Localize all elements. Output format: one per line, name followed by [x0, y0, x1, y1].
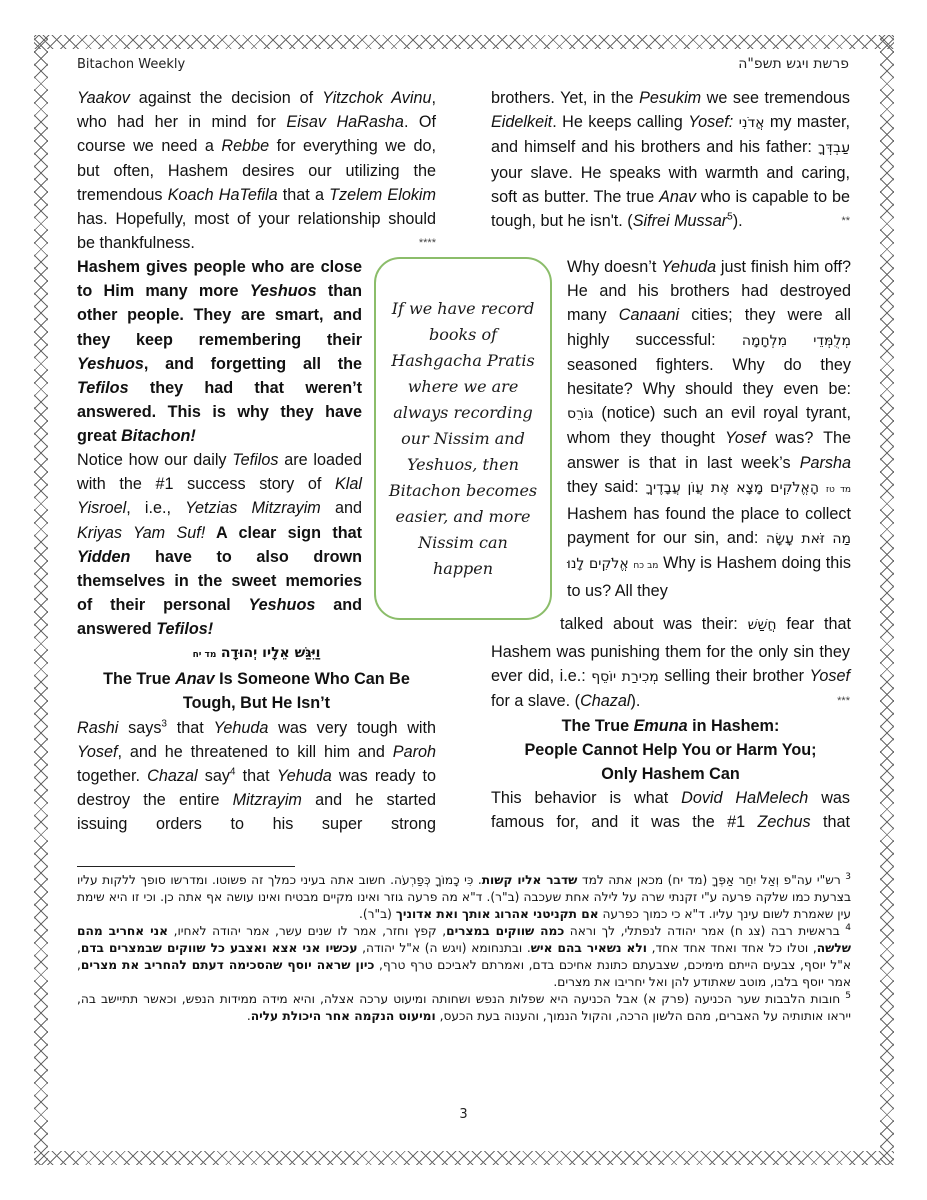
footnote-5: 5 חובות הלבבות שער הכניעה (פרק א) אבל הכ… — [77, 991, 851, 1025]
border-top — [34, 35, 894, 49]
right-column-fear-line: talked about was their: חֲשַׁשׁ fear tha… — [560, 612, 851, 637]
right-column-emuna-section: Hashem was punishing them for the only s… — [491, 640, 850, 835]
section-subheading-only-hashem: Only Hashem Can — [491, 762, 850, 786]
border-right — [880, 35, 894, 1165]
page-number: 3 — [0, 1107, 927, 1122]
header-publication-title: Bitachon Weekly — [77, 57, 185, 72]
section-end-stars: *** — [837, 689, 850, 713]
left-column-notice-paragraph: Notice how our daily Tefilos are loaded … — [77, 448, 362, 642]
border-bottom — [34, 1151, 894, 1165]
section-end-stars: **** — [419, 231, 436, 255]
pullquote-text: If we have record books of Hashgacha Pra… — [376, 288, 550, 590]
footnote-4: 4 בראשית רבה (צג ח) אמר יהודה לנפתלי, לך… — [77, 923, 851, 991]
left-column-bold-paragraph: Hashem gives people who are close to Him… — [77, 255, 362, 449]
pullquote-box: If we have record books of Hashgacha Pra… — [374, 257, 552, 620]
section-end-stars: ** — [841, 209, 850, 233]
section-heading-hebrew-pasuk: וַיִּגַּשׁ אֵלָיו יְהוּדָה מד יח — [77, 640, 436, 667]
footnotes: 3 רש"י עה"פ וְאַל יִחַר אַפְּךָ (מד יח) … — [77, 872, 851, 1025]
section-heading-true-emuna: The True Emuna in Hashem: — [491, 714, 850, 738]
left-column-intro-paragraph: Yaakov against the decision of Yitzchok … — [77, 86, 436, 255]
section-subheading-people-cannot-help: People Cannot Help You or Harm You; — [491, 738, 850, 762]
footnote-3: 3 רש"י עה"פ וְאַל יִחַר אַפְּךָ (מד יח) … — [77, 872, 851, 923]
emuna-body-paragraph: This behavior is what Dovid HaMelech was… — [491, 786, 850, 834]
footnote-separator — [77, 866, 295, 867]
anav-body-paragraph: Rashi says3 that Yehuda was very tough w… — [77, 716, 436, 837]
right-column-intro-paragraph: brothers. Yet, in the Pesukim we see tre… — [491, 86, 850, 233]
border-left — [34, 35, 48, 1165]
right-column-why-paragraph: Why doesn’t Yehuda just finish him off? … — [567, 255, 851, 603]
header-parsha-title: פרשת ויגש תשפ"ה — [738, 56, 849, 72]
section-heading-true-anav: The True Anav Is Someone Who Can Be Toug… — [77, 667, 436, 715]
left-column-anav-section: וַיִּגַּשׁ אֵלָיו יְהוּדָה מד יח The Tru… — [77, 640, 436, 837]
